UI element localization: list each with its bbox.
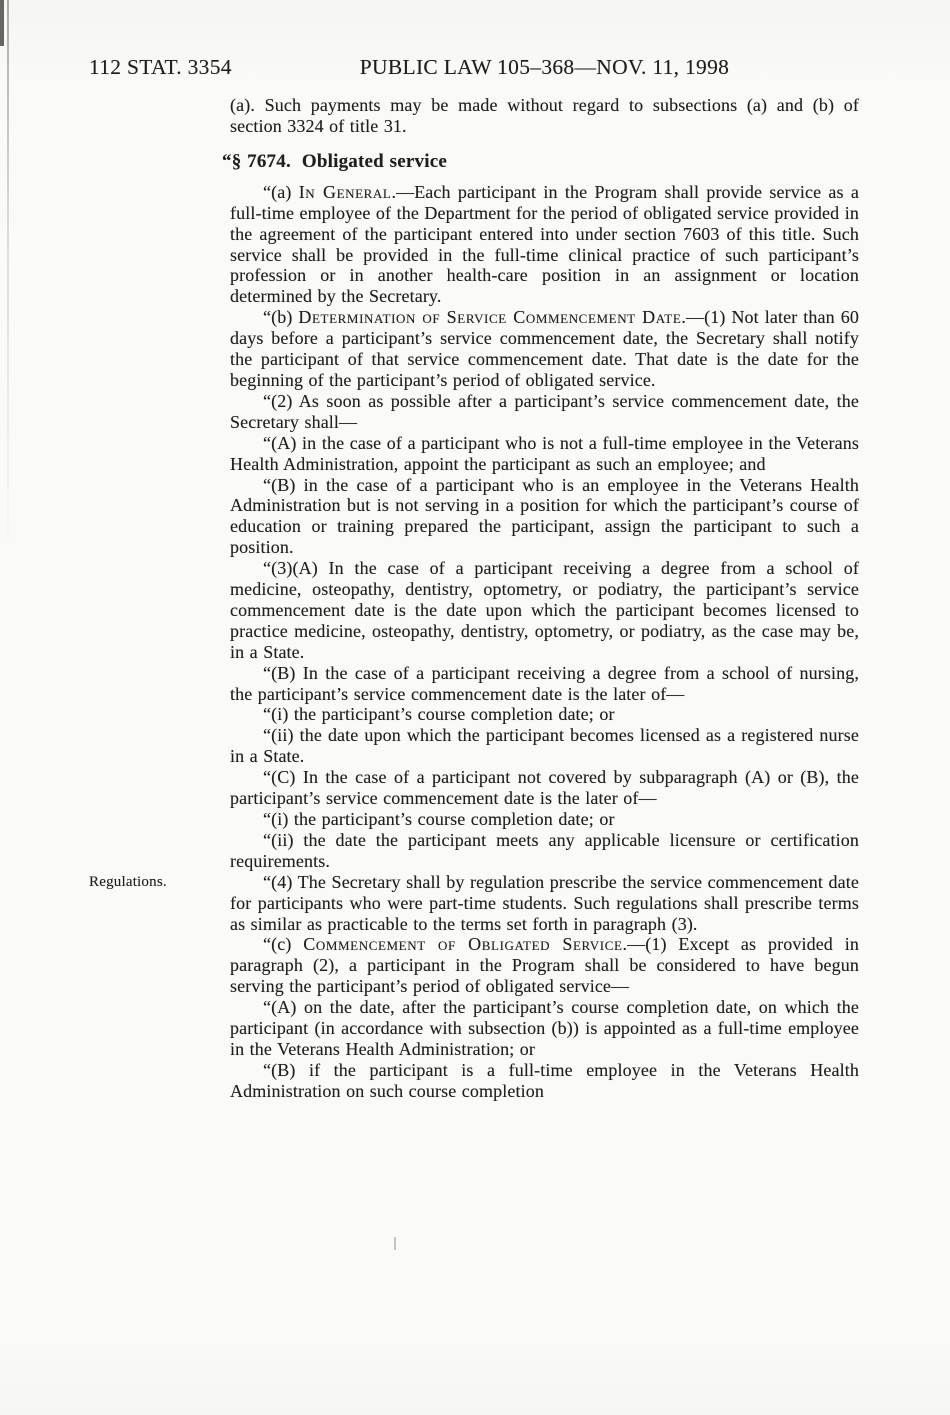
subparagraph-cA-text: “(A) on the date, after the participant’… (230, 997, 859, 1059)
paragraph-c-smallcaps: Commencement of Obligated Service (303, 934, 622, 954)
intro-paragraph: (a). Such payments may be made without r… (230, 95, 859, 137)
paragraph-3C: “(C) In the case of a participant not co… (230, 767, 859, 809)
paragraph-a-smallcaps: In General (299, 182, 392, 202)
clause-3B-ii: “(ii) the date upon which the participan… (230, 725, 859, 767)
subparagraph-2A-text: “(A) in the case of a participant who is… (230, 433, 859, 474)
clause-3C-ii: “(ii) the date the participant meets any… (230, 830, 859, 872)
clause-3B-i-text: “(i) the participant’s course completion… (263, 704, 615, 724)
statute-page: 112 STAT. 3354 PUBLIC LAW 105–368—NOV. 1… (0, 0, 950, 1415)
intro-text: (a). Such payments may be made without r… (230, 95, 859, 136)
clause-3B-ii-text: “(ii) the date upon which the participan… (230, 725, 859, 766)
paragraph-2-text: “(2) As soon as possible after a partici… (230, 391, 859, 432)
clause-3C-i: “(i) the participant’s course completion… (230, 809, 859, 830)
section-heading: “§ 7674.Obligated service (230, 150, 859, 173)
paragraph-4: Regulations. “(4) The Secretary shall by… (230, 872, 859, 935)
paragraph-b-label: “(b) (263, 307, 298, 327)
subparagraph-cB-text: “(B) if the participant is a full-time e… (230, 1060, 859, 1101)
regulations-margin-note: Regulations. (89, 874, 224, 891)
document-body: (a). Such payments may be made without r… (230, 95, 859, 1102)
subparagraph-cA: “(A) on the date, after the participant’… (230, 997, 859, 1060)
subparagraph-2A: “(A) in the case of a participant who is… (230, 433, 859, 475)
clause-3C-i-text: “(i) the participant’s course completion… (263, 809, 615, 829)
paragraph-3B-text: “(B) In the case of a participant receiv… (230, 663, 859, 704)
paragraph-2: “(2) As soon as possible after a partici… (230, 391, 859, 433)
paragraph-a: “(a) In General.—Each participant in the… (230, 182, 859, 307)
subparagraph-2B: “(B) in the case of a participant who is… (230, 475, 859, 559)
paragraph-b: “(b) Determination of Service Commenceme… (230, 307, 859, 391)
section-number: “§ 7674. (222, 151, 291, 172)
paragraph-c: “(c) Commencement of Obligated Service.—… (230, 934, 859, 997)
clause-3C-ii-text: “(ii) the date the participant meets any… (230, 830, 859, 871)
page-header: 112 STAT. 3354 PUBLIC LAW 105–368—NOV. 1… (0, 55, 950, 85)
paragraph-3B: “(B) In the case of a participant receiv… (230, 663, 859, 705)
law-title: PUBLIC LAW 105–368—NOV. 11, 1998 (230, 55, 859, 80)
paragraph-3A: “(3)(A) In the case of a participant rec… (230, 558, 859, 663)
subparagraph-cB: “(B) if the participant is a full-time e… (230, 1060, 859, 1102)
clause-3B-i: “(i) the participant’s course completion… (230, 704, 859, 725)
paragraph-3C-text: “(C) In the case of a participant not co… (230, 767, 859, 808)
paragraph-a-label: “(a) (263, 182, 299, 202)
subparagraph-2B-text: “(B) in the case of a participant who is… (230, 475, 859, 558)
stat-citation: 112 STAT. 3354 (89, 55, 232, 80)
paragraph-4-text: “(4) The Secretary shall by regulation p… (230, 872, 859, 934)
section-title: Obligated service (302, 151, 447, 172)
paragraph-3A-text: “(3)(A) In the case of a participant rec… (230, 558, 859, 662)
scan-speck-artifact (394, 1237, 396, 1250)
scan-edge-artifact (0, 0, 4, 46)
paragraph-b-smallcaps: Determination of Service Commencement Da… (298, 307, 681, 327)
paragraph-c-label: “(c) (263, 934, 303, 954)
